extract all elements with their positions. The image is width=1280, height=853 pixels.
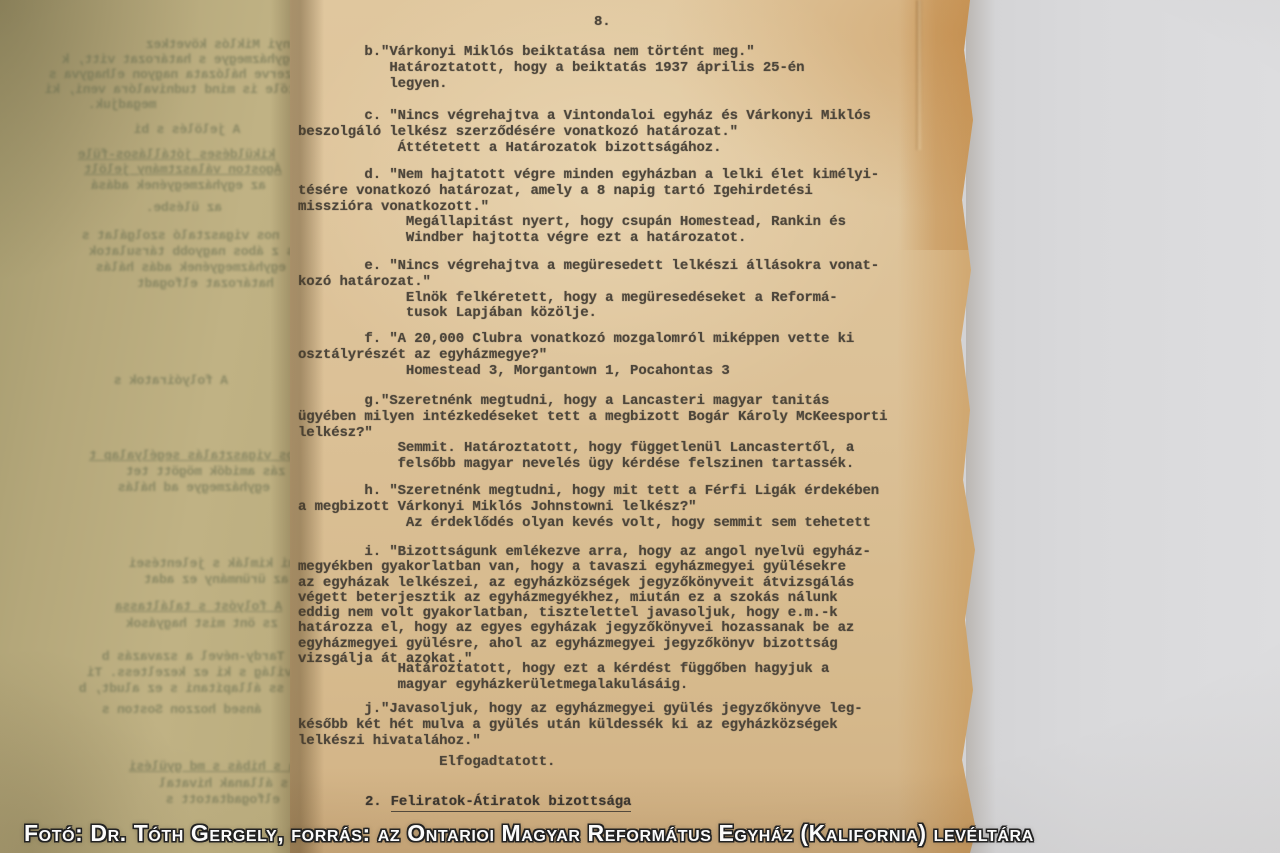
ghost-text-line: az egyházmegyének adásá — [91, 178, 266, 193]
ghost-text-line: kiküldéses jótállásos-füle — [78, 147, 276, 162]
ghost-text-line: elfogadtatott s — [166, 792, 280, 807]
ghost-text-line: tőle is mind tudnivalóra veni, ki — [45, 82, 296, 97]
ghost-text-line: szerve hálózata nagyon elhagyva s — [49, 67, 300, 82]
paragraph-j: j."Javasoljuk, hogy az egyházmegyei gyül… — [298, 702, 863, 749]
ghost-text-line: megadjuk. — [88, 97, 156, 112]
paragraph-j-resolution: Elfogadtatott. — [298, 755, 555, 771]
document-page: 8. b."Várkonyi Miklós beiktatása nem tör… — [290, 0, 980, 853]
ghost-text-line: ánsed hozzon Soston s — [102, 702, 262, 717]
page-number: 8. — [594, 15, 611, 31]
paragraph-h: h. "Szeretnénk megtudni, hogy mit tett a… — [298, 484, 879, 531]
paragraph-d: d. "Nem hajtatott végre minden egyházban… — [298, 168, 879, 247]
paragraph-f: f. "A 20,000 Clubra vonatkozó mozgalomró… — [298, 332, 854, 379]
section-heading: 2.Feliratok-Átiratok bizottsága — [365, 795, 631, 811]
ghost-text-line: egyházmegye ad hálás — [118, 480, 270, 495]
ghost-text-line: világ s ki ez kezeltess. Ti — [87, 665, 292, 680]
paragraph-b: b."Várkonyi Miklós beiktatása nem történ… — [298, 45, 804, 92]
archival-photo: nyi Miklós következ egyházmegye s határo… — [0, 0, 1280, 853]
ghost-text-line: az ürünmány ez adat — [144, 572, 288, 587]
ghost-text-line: A jelölés s bi — [134, 122, 240, 137]
ghost-text-line: ss állapítani s ez aludt, b — [79, 681, 284, 696]
ghost-text-line: zs önt mist hagyások — [126, 616, 278, 631]
ghost-text-line: A folyóst s találtassa — [115, 599, 282, 614]
ghost-text-line: zás amidők mögött tet — [126, 464, 286, 479]
ghost-text-line: egyházmegye s határozat vitt, k — [62, 52, 298, 67]
ghost-text-line: nyi Miklós következ — [146, 37, 290, 52]
photo-credit-caption: Fotó: Dr. Tóth Gergely, forrás: az Ontar… — [24, 820, 1034, 847]
paragraph-c: c. "Nincs végrehajtva a Vintondaloi egyh… — [298, 109, 871, 156]
ghost-text-line: s állanak hivatal — [159, 776, 288, 791]
ghost-text-line: Ágoston választmány jelölt — [84, 162, 282, 177]
section-heading-number: 2. — [365, 794, 382, 810]
left-facing-page: nyi Miklós következ egyházmegye s határo… — [0, 0, 306, 853]
ghost-text-line: s z ábos nagyobb társulatok — [89, 244, 294, 259]
section-heading-title: Feliratok-Átiratok bizottsága — [391, 794, 632, 812]
paragraph-g: g."Szeretnénk megtudni, hogy a Lancaster… — [298, 394, 887, 473]
ghost-text-line: határozat elfogadt — [137, 276, 274, 291]
ghost-text-line: nos vigasztaló szolgálat s — [82, 228, 280, 243]
ghost-text-line: az ülésbe. — [146, 200, 222, 215]
ghost-text-line: os vigasztalás segélyalap t — [89, 448, 294, 463]
book-gutter-shadow — [270, 0, 324, 853]
ghost-text-line: egyházmegyének adás hálás — [96, 260, 286, 275]
paragraph-i-resolution: Határoztatott, hogy ezt a kérdést függőb… — [298, 662, 829, 694]
page-edge-seam — [916, 0, 922, 150]
paragraph-i: i. "Bizottságunk emlékezve arra, hogy az… — [298, 545, 871, 667]
paragraph-e: e. "Nincs végrehajtva a megüresedett lel… — [298, 259, 879, 322]
ghost-text-line: A folyóiratok s — [114, 373, 228, 388]
